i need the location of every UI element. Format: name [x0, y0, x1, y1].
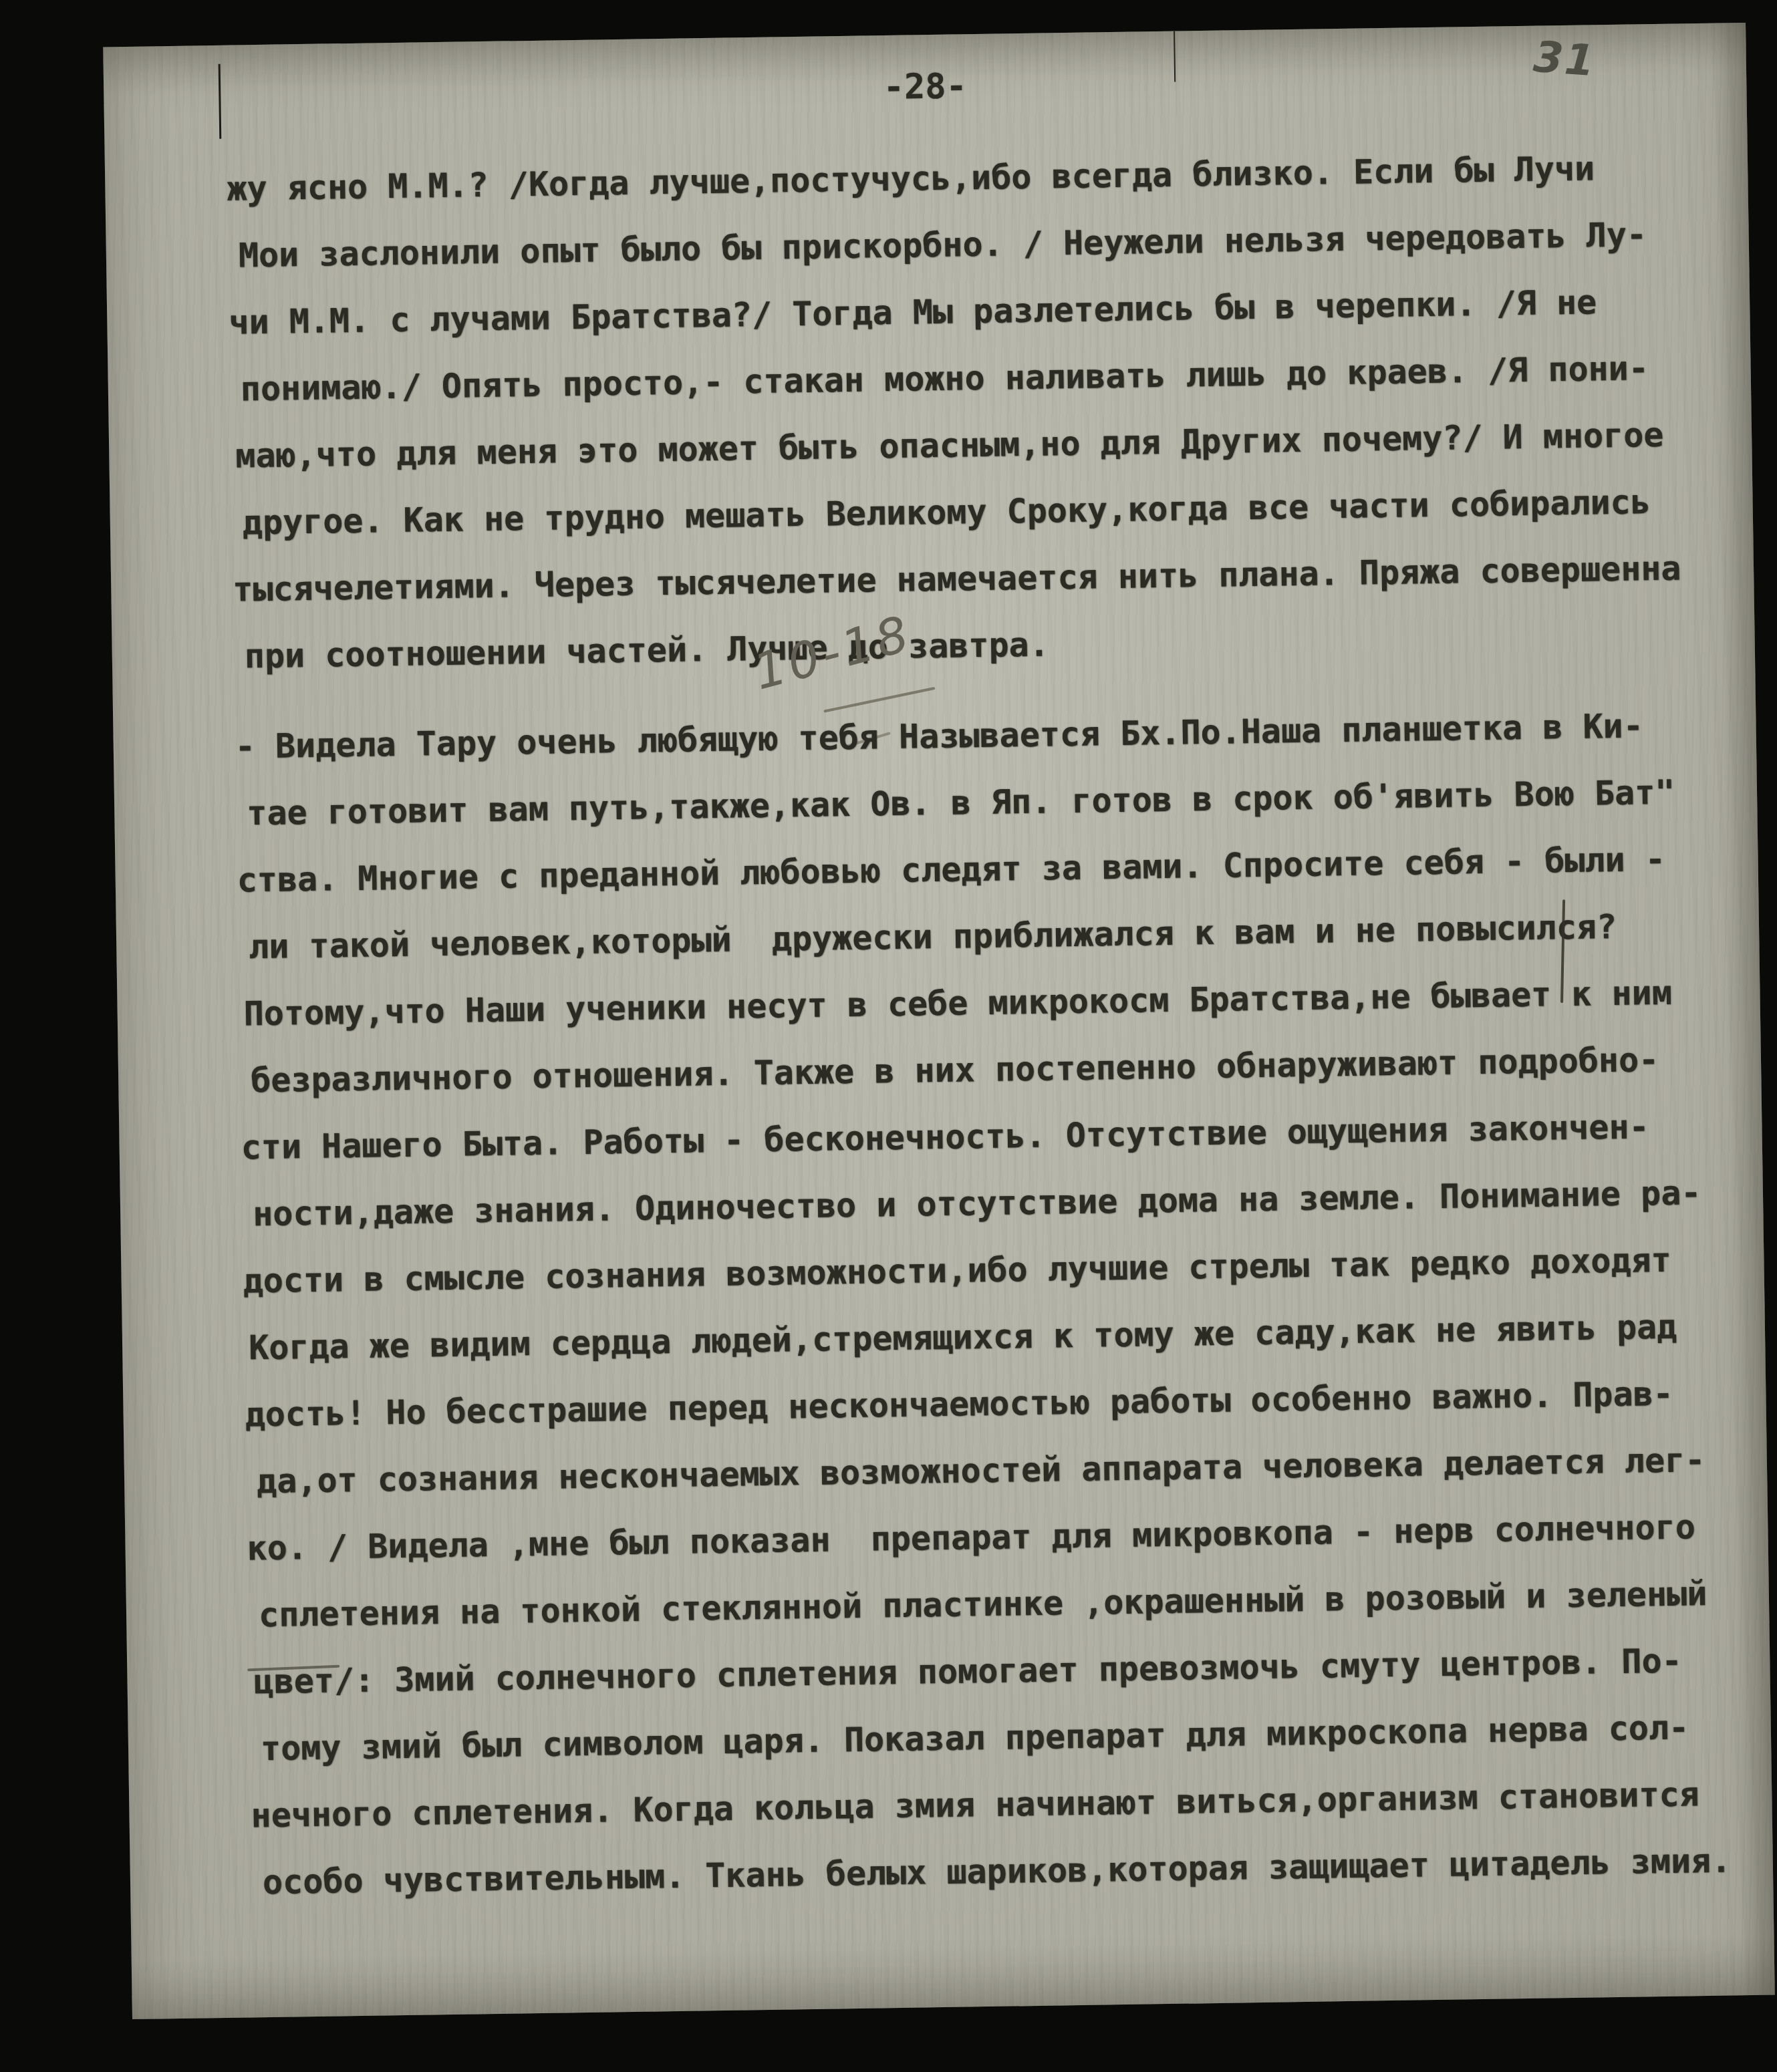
paper-sheet: -28- 31 жу ясно М.М.? /Когда лучше,посту…	[103, 23, 1775, 2019]
page-number: -28-	[104, 41, 1747, 132]
typewritten-paragraph-2: - Видела Тару очень любящую тебя Называе…	[235, 692, 1732, 1916]
scanned-document-page: -28- 31 жу ясно М.М.? /Когда лучше,посту…	[0, 0, 1777, 2072]
handwritten-folio-number: 31	[1532, 33, 1597, 87]
typewritten-paragraph-1: жу ясно М.М.? /Когда лучше,постучусь,ибо…	[227, 134, 1683, 690]
